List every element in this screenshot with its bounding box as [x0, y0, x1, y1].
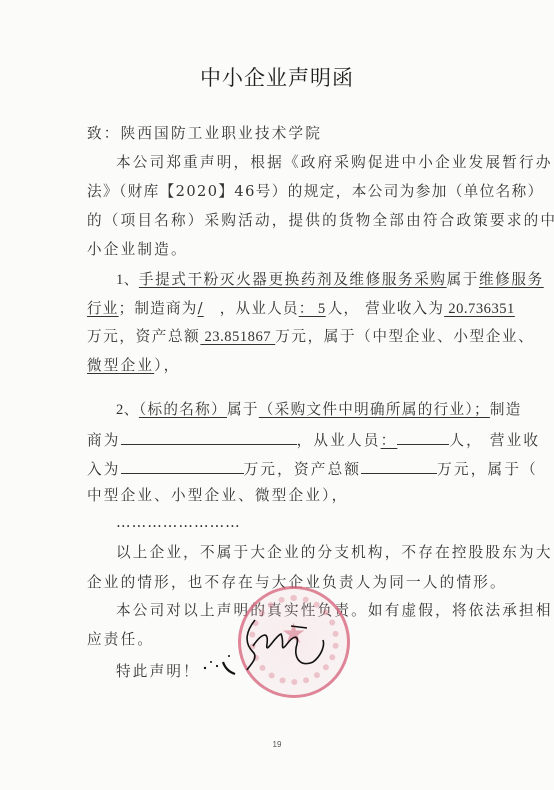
item1-subject: 手提式干粉灭火器更换药剂及维修服务采购 — [139, 271, 447, 288]
item1-line-1: 1、手提式干粉灭火器更换药剂及维修服务采购属于维修服务 — [116, 271, 546, 289]
page-number: 19 — [0, 740, 554, 749]
addressee: 致：陕西国防工业职业技术学院 — [87, 125, 517, 143]
intro-line-4: 小企业制造。 — [87, 241, 517, 259]
intro-line-1: 本公司郑重声明，根据《政府采购促进中小企业发展暂行办 — [116, 154, 546, 172]
item2-revenue-unit: 万元，资产总额 — [244, 461, 362, 478]
item2-line-4: 中型企业、小型企业、微型企业）， — [87, 487, 517, 505]
item1-line-4: 微型企业）， — [87, 357, 517, 375]
item2-subject: （标的名称） — [139, 401, 227, 418]
item1-line-3: 万元，资产总额 23.851867 万元，属于（中型企业、小型企业、 — [87, 328, 517, 346]
item2-revenue-label-a: 营业收 — [490, 432, 540, 449]
item2-assets-blank[interactable] — [361, 458, 437, 474]
item2-manufacturer-blank[interactable] — [121, 429, 297, 445]
ellipsis: …………………… — [116, 514, 546, 532]
item1-employees-value: ： 5 — [299, 301, 328, 317]
declaration-line-1: 以上企业，不属于大企业的分支机构，不存在控股股东为大 — [116, 544, 546, 562]
page-title: 中小企业声明函 — [0, 62, 554, 92]
document-page: 中小企业声明函 致：陕西国防工业职业技术学院 本公司郑重声明，根据《政府采购促进… — [0, 0, 554, 790]
item1-revenue-value: 20.736351 — [444, 301, 515, 317]
item1-assets-unit: 万元，属于（中型企业、小型企业、 — [275, 328, 534, 345]
item2-assets-unit: 万元，属于（ — [437, 461, 538, 478]
item1-industry-a: 维修服务 — [479, 271, 544, 288]
item2-belongs: 属于 — [227, 401, 259, 418]
item2-employees-blank[interactable] — [397, 429, 449, 445]
item1-assets-value: 23.851867 — [200, 329, 275, 345]
item1-belongs: 属于 — [447, 271, 479, 288]
item2-line-2: 商为，从业人员：人， 营业收 — [87, 429, 517, 450]
item2-employees-unit: 人， — [449, 432, 483, 449]
item2-employees-label: ，从业人员 — [297, 432, 381, 449]
item1-size-value: 微型企业 — [87, 357, 154, 374]
item1-manufacturer-label: ；制造商为 — [119, 300, 198, 317]
item1-prefix: 1、 — [116, 272, 139, 288]
item1-revenue-label: 营业收入为 — [365, 300, 444, 317]
item1-industry-b: 行业 — [87, 300, 119, 317]
item2-revenue-blank[interactable] — [121, 458, 244, 474]
intro-line-2: 法》（财库【2020】46号）的规定，本公司为参加（单位名称） — [87, 183, 517, 201]
item2-employees-colon: ： — [381, 432, 398, 449]
item2-manufacturer-label-b: 商为 — [87, 432, 121, 449]
signature-icon — [195, 606, 335, 686]
item2-line-3: 入为万元，资产总额万元，属于（ — [87, 458, 517, 479]
item2-industry: （采购文件中明确所属的行业）； — [259, 401, 490, 418]
item1-revenue-unit: 万元，资产总额 — [87, 328, 200, 345]
item1-size-suffix: ）， — [154, 357, 180, 374]
item2-prefix: 2、 — [116, 402, 139, 418]
intro-line-3: 的（项目名称）采购活动，提供的货物全部由符合政策要求的中 — [87, 212, 517, 230]
item1-line-2: 行业；制造商为/，从业人员： 5人， 营业收入为 20.736351 — [87, 300, 517, 318]
item2-line-1: 2、（标的名称）属于（采购文件中明确所属的行业）；制造 — [116, 401, 546, 419]
item2-revenue-label-b: 入为 — [87, 461, 121, 478]
item1-employees-unit: 人， — [328, 300, 360, 317]
item1-employees-label: ，从业人员 — [220, 300, 299, 317]
item1-manufacturer-value: / — [198, 300, 220, 317]
item2-manufacturer-label-a: 制造 — [490, 401, 522, 418]
